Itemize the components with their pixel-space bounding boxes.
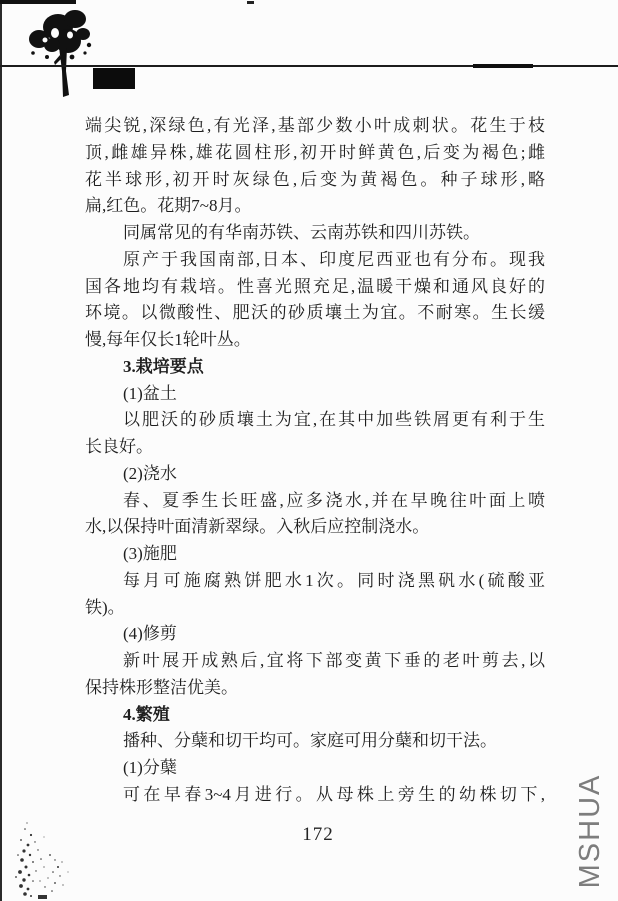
text-line: (3)施肥 [85, 541, 545, 568]
text-line: 国各地均有栽培。性喜光照充足,温暖干燥和通风良好的 [85, 274, 545, 301]
text-line: 每月可施腐熟饼肥水1次。同时浇黑矾水(硫酸亚 [85, 568, 545, 595]
text-line: 花半球形,初开时灰绿色,后变为黄褐色。种子球形,略 [85, 167, 545, 194]
text-line: 可在早春3~4月进行。从母株上旁生的幼株切下, [85, 782, 545, 809]
text-line: 扁,红色。花期7~8月。 [85, 193, 545, 220]
text-line: 新叶展开成熟后,宜将下部变黄下垂的老叶剪去,以 [85, 648, 545, 675]
scan-left-edge [0, 0, 2, 901]
scan-top-bar [0, 0, 76, 4]
text-line: (4)修剪 [85, 621, 545, 648]
text-block: 端尖锐,深绿色,有光泽,基部少数小叶成刺状。花生于枝顶,雌雄异株,雄花圆柱形,初… [85, 113, 545, 809]
text-line: 播种、分蘖和切干均可。家庭可用分蘖和切干法。 [85, 728, 545, 755]
header-rule-thick-segment [473, 64, 533, 68]
text-line: 水,以保持叶面清新翠绿。入秋后应控制浇水。 [85, 514, 545, 541]
text-line: (1)分蘖 [85, 755, 545, 782]
text-line: 春、夏季生长旺盛,应多浇水,并在早晚往叶面上喷 [85, 488, 545, 515]
text-line: 顶,雌雄异株,雄花圆柱形,初开时鲜黄色,后变为褐色;雌 [85, 140, 545, 167]
text-line: 4.繁殖 [85, 702, 545, 729]
text-line: 铁)。 [85, 595, 545, 622]
text-line: 长良好。 [85, 434, 545, 461]
watermark-vertical-text: MSHUA [574, 771, 606, 891]
scan-top-dot [247, 1, 254, 4]
text-line: 以肥沃的砂质壤土为宜,在其中加些铁屑更有利于生 [85, 407, 545, 434]
text-line: 原产于我国南部,日本、印度尼西亚也有分布。现我 [85, 247, 545, 274]
tree-ink-stamp-icon [25, 5, 97, 100]
text-line: 环境。以微酸性、肥沃的砂质壤土为宜。不耐寒。生长缓 [85, 300, 545, 327]
black-ink-block [93, 68, 135, 89]
text-line: (1)盆土 [85, 381, 545, 408]
text-line: (2)浇水 [85, 461, 545, 488]
scan-speckle-noise [0, 815, 130, 901]
text-line: 保持株形整洁优美。 [85, 675, 545, 702]
text-line: 3.栽培要点 [85, 354, 545, 381]
text-line: 端尖锐,深绿色,有光泽,基部少数小叶成刺状。花生于枝 [85, 113, 545, 140]
text-line: 慢,每年仅长1轮叶丛。 [85, 327, 545, 354]
text-line: 同属常见的有华南苏铁、云南苏铁和四川苏铁。 [85, 220, 545, 247]
page-number: 172 [288, 824, 348, 846]
scanned-book-page: 端尖锐,深绿色,有光泽,基部少数小叶成刺状。花生于枝顶,雌雄异株,雄花圆柱形,初… [0, 0, 618, 901]
